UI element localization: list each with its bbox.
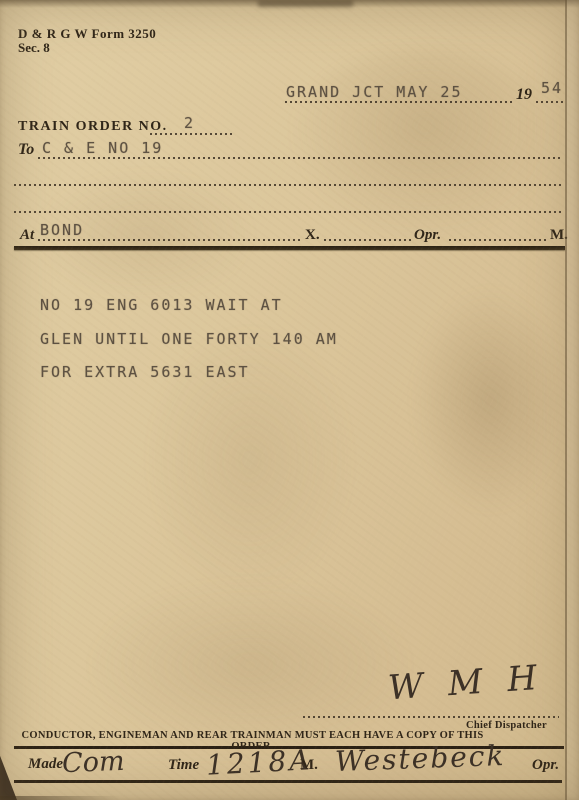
opr-label: Opr. <box>414 227 441 244</box>
train-order-no-label: TRAIN ORDER NO. <box>18 119 168 135</box>
paper-stain <box>90 580 410 750</box>
station-date-value: GRAND JCT MAY 25 <box>286 83 463 101</box>
blank-fill-line-1 <box>14 184 563 186</box>
time-value-handwritten: 1218A <box>205 743 313 782</box>
year-prefix-label: 19 <box>516 86 532 104</box>
x-label: X. <box>305 227 320 244</box>
form-section: Sec. 8 <box>18 40 50 56</box>
scan-right-strip <box>567 0 579 800</box>
year-fill-line <box>536 101 563 103</box>
at-label: At <box>20 227 34 244</box>
x-fill-line <box>324 239 411 241</box>
operator-signature-handwritten: Westebeck <box>334 739 505 778</box>
to-fill-line <box>38 157 563 159</box>
opr-fill-line <box>449 239 548 241</box>
to-label: To <box>18 141 34 159</box>
made-value-handwritten: Com <box>61 746 125 779</box>
to-value: C & E NO 19 <box>42 139 163 157</box>
blank-fill-line-2 <box>14 211 563 213</box>
time-label: Time <box>168 757 199 774</box>
scan-bottom-edge-shadow <box>0 796 120 800</box>
heavy-divider-rule <box>14 246 565 250</box>
order-body-line: NO 19 ENG 6013 WAIT AT <box>40 296 283 314</box>
scan-corner-shadow <box>0 746 17 800</box>
made-label: Made <box>28 756 63 773</box>
order-body-line: GLEN UNTIL ONE FORTY 140 AM <box>40 330 338 348</box>
meridiem-label: M. <box>300 757 318 774</box>
at-fill-line <box>38 239 300 241</box>
year-value: 54 <box>541 79 563 97</box>
dispatcher-signature: W M H <box>387 658 545 709</box>
order-body-line: FOR EXTRA 5631 EAST <box>40 363 250 381</box>
scan-top-smudge <box>258 0 353 7</box>
scanned-train-order-document: D & R G W Form 3250 Sec. 8 GRAND JCT MAY… <box>0 0 579 800</box>
opr-footer-label: Opr. <box>532 757 559 774</box>
date-fill-line <box>285 101 513 103</box>
signature-fill-line <box>303 716 559 718</box>
paper-stain <box>415 290 565 510</box>
at-value: BOND <box>40 221 84 239</box>
train-order-no-value: 2 <box>184 114 195 132</box>
footer-rule-bottom <box>14 780 562 783</box>
